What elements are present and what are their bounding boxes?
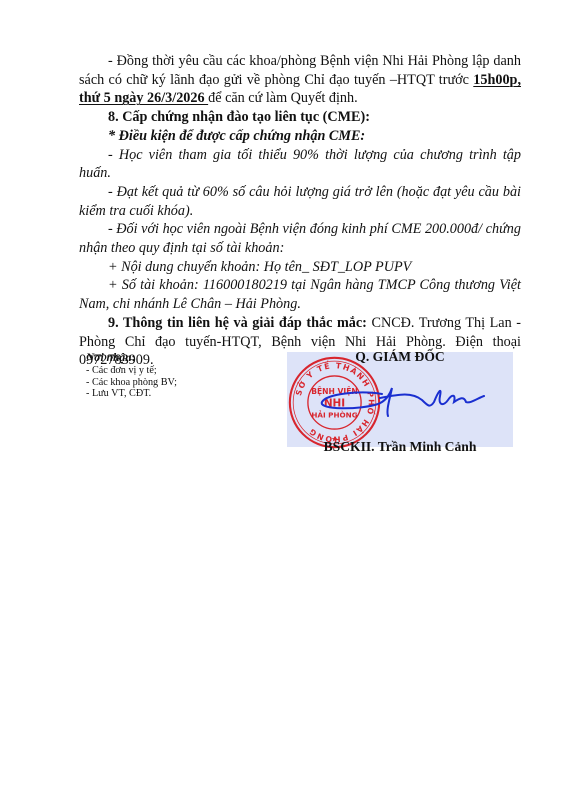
section-9-heading: 9. Thông tin liên hệ và giải đáp thắc mắ… xyxy=(108,315,367,331)
bank-account: + Số tài khoản: 116000180219 tại Ngân hà… xyxy=(79,276,521,313)
section-8-subheading: * Điều kiện để được cấp chứng nhận CME: xyxy=(79,127,521,146)
deadline-outro-text: để căn cứ làm Quyết định. xyxy=(208,90,358,106)
document-body: - Đồng thời yêu cầu các khoa/phòng Bệnh … xyxy=(79,52,521,370)
signer-name: BSCKII. Trần Minh Cảnh xyxy=(287,438,513,456)
deadline-intro-text: - Đồng thời yêu cầu các khoa/phòng Bệnh … xyxy=(79,53,521,88)
section-8-heading: 8. Cấp chứng nhận đào tạo liên tục (CME)… xyxy=(79,108,521,127)
recipient-item: - Các đơn vị y tế; xyxy=(86,365,177,377)
paragraph-deadline: - Đồng thời yêu cầu các khoa/phòng Bệnh … xyxy=(79,52,521,108)
cme-condition-score: - Đạt kết quả từ 60% số câu hỏi lượng gi… xyxy=(79,183,521,220)
recipients-block: Nơi nhận: - Các đơn vị y tế; - Các khoa … xyxy=(86,352,177,400)
recipients-title: Nơi nhận: xyxy=(86,352,177,365)
signature-scribble-icon xyxy=(320,380,485,420)
recipient-item: - Lưu VT, CĐT. xyxy=(86,388,177,400)
cme-condition-attendance: - Học viên tham gia tối thiểu 90% thời l… xyxy=(79,146,521,183)
transfer-content: + Nội dung chuyển khoản: Họ tên_ SĐT_LOP… xyxy=(79,258,521,277)
recipient-item: - Các khoa phòng BV; xyxy=(86,377,177,389)
cme-condition-fee: - Đối với học viên ngoài Bệnh viện đóng … xyxy=(79,220,521,257)
